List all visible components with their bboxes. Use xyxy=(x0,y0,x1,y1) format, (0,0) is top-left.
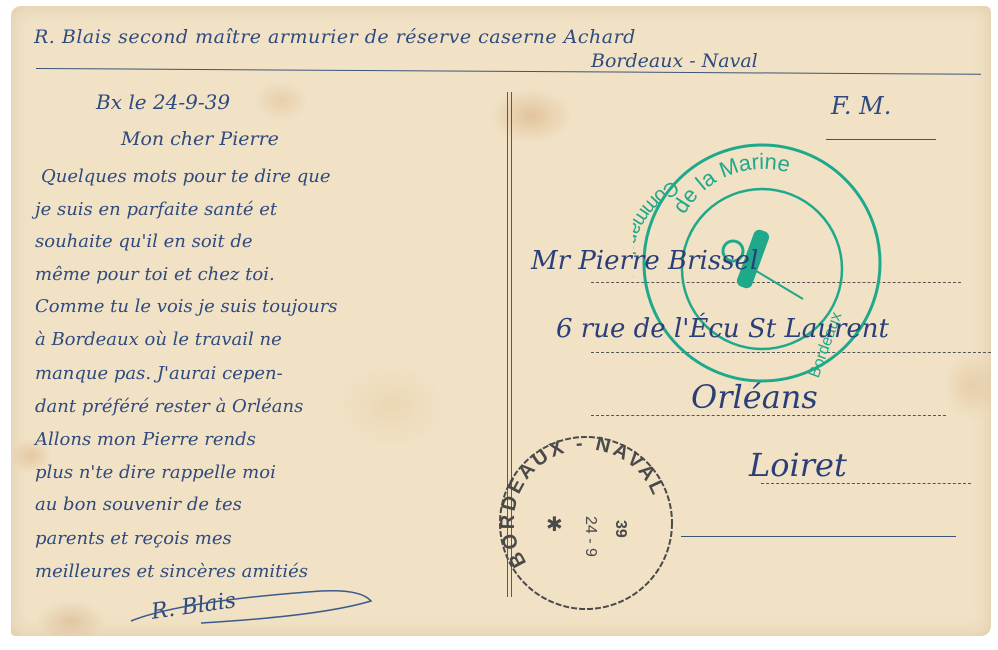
message-line: au bon souvenir de tes xyxy=(35,494,242,515)
message-line: dant préféré rester à Orléans xyxy=(35,396,303,417)
message-line: Comme tu le vois je suis toujours xyxy=(35,296,338,317)
message-line: Quelques mots pour te dire que xyxy=(41,166,331,187)
svg-text:24 - 9: 24 - 9 xyxy=(582,516,599,557)
address-line-2: 6 rue de l'Écu St Laurent xyxy=(556,314,889,344)
message-line: plus n'te dire rappelle moi xyxy=(35,462,276,483)
salutation: Mon cher Pierre xyxy=(121,128,279,150)
address-rule-5 xyxy=(681,536,956,537)
message-line: souhaite qu'il en soit de xyxy=(35,231,253,252)
message-line: je suis en parfaite santé et xyxy=(35,199,277,220)
address-line-1: Mr Pierre Brissel xyxy=(531,246,758,276)
message-line: manque pas. J'aurai cepen- xyxy=(35,363,283,384)
sender-line-2: Bordeaux - Naval xyxy=(591,50,758,72)
svg-text:de la Marine: de la Marine xyxy=(667,149,792,218)
message-line: meilleures et sincères amitiés xyxy=(35,561,308,582)
address-line-4: Loiret xyxy=(749,446,847,484)
postmark-cancel: BORDEAUX - NAVAL ✱ 24 - 9 39 xyxy=(491,428,681,618)
message-line: à Bordeaux où le travail ne xyxy=(35,329,282,350)
message-line: parents et reçois mes xyxy=(35,528,232,549)
sender-line-1: R. Blais second maître armurier de réser… xyxy=(34,26,636,48)
postcard: R. Blais second maître armurier de réser… xyxy=(11,6,991,636)
date: Bx le 24-9-39 xyxy=(96,90,230,114)
header-underline xyxy=(36,68,981,75)
svg-text:✱: ✱ xyxy=(546,512,563,536)
svg-text:39: 39 xyxy=(612,520,629,538)
address-line-3: Orléans xyxy=(691,378,818,416)
message-line: Allons mon Pierre rends xyxy=(35,429,256,450)
franchise-mark: F. M. xyxy=(831,92,891,120)
signature-flourish xyxy=(121,581,381,631)
message-line: même pour toi et chez toi. xyxy=(35,264,275,285)
